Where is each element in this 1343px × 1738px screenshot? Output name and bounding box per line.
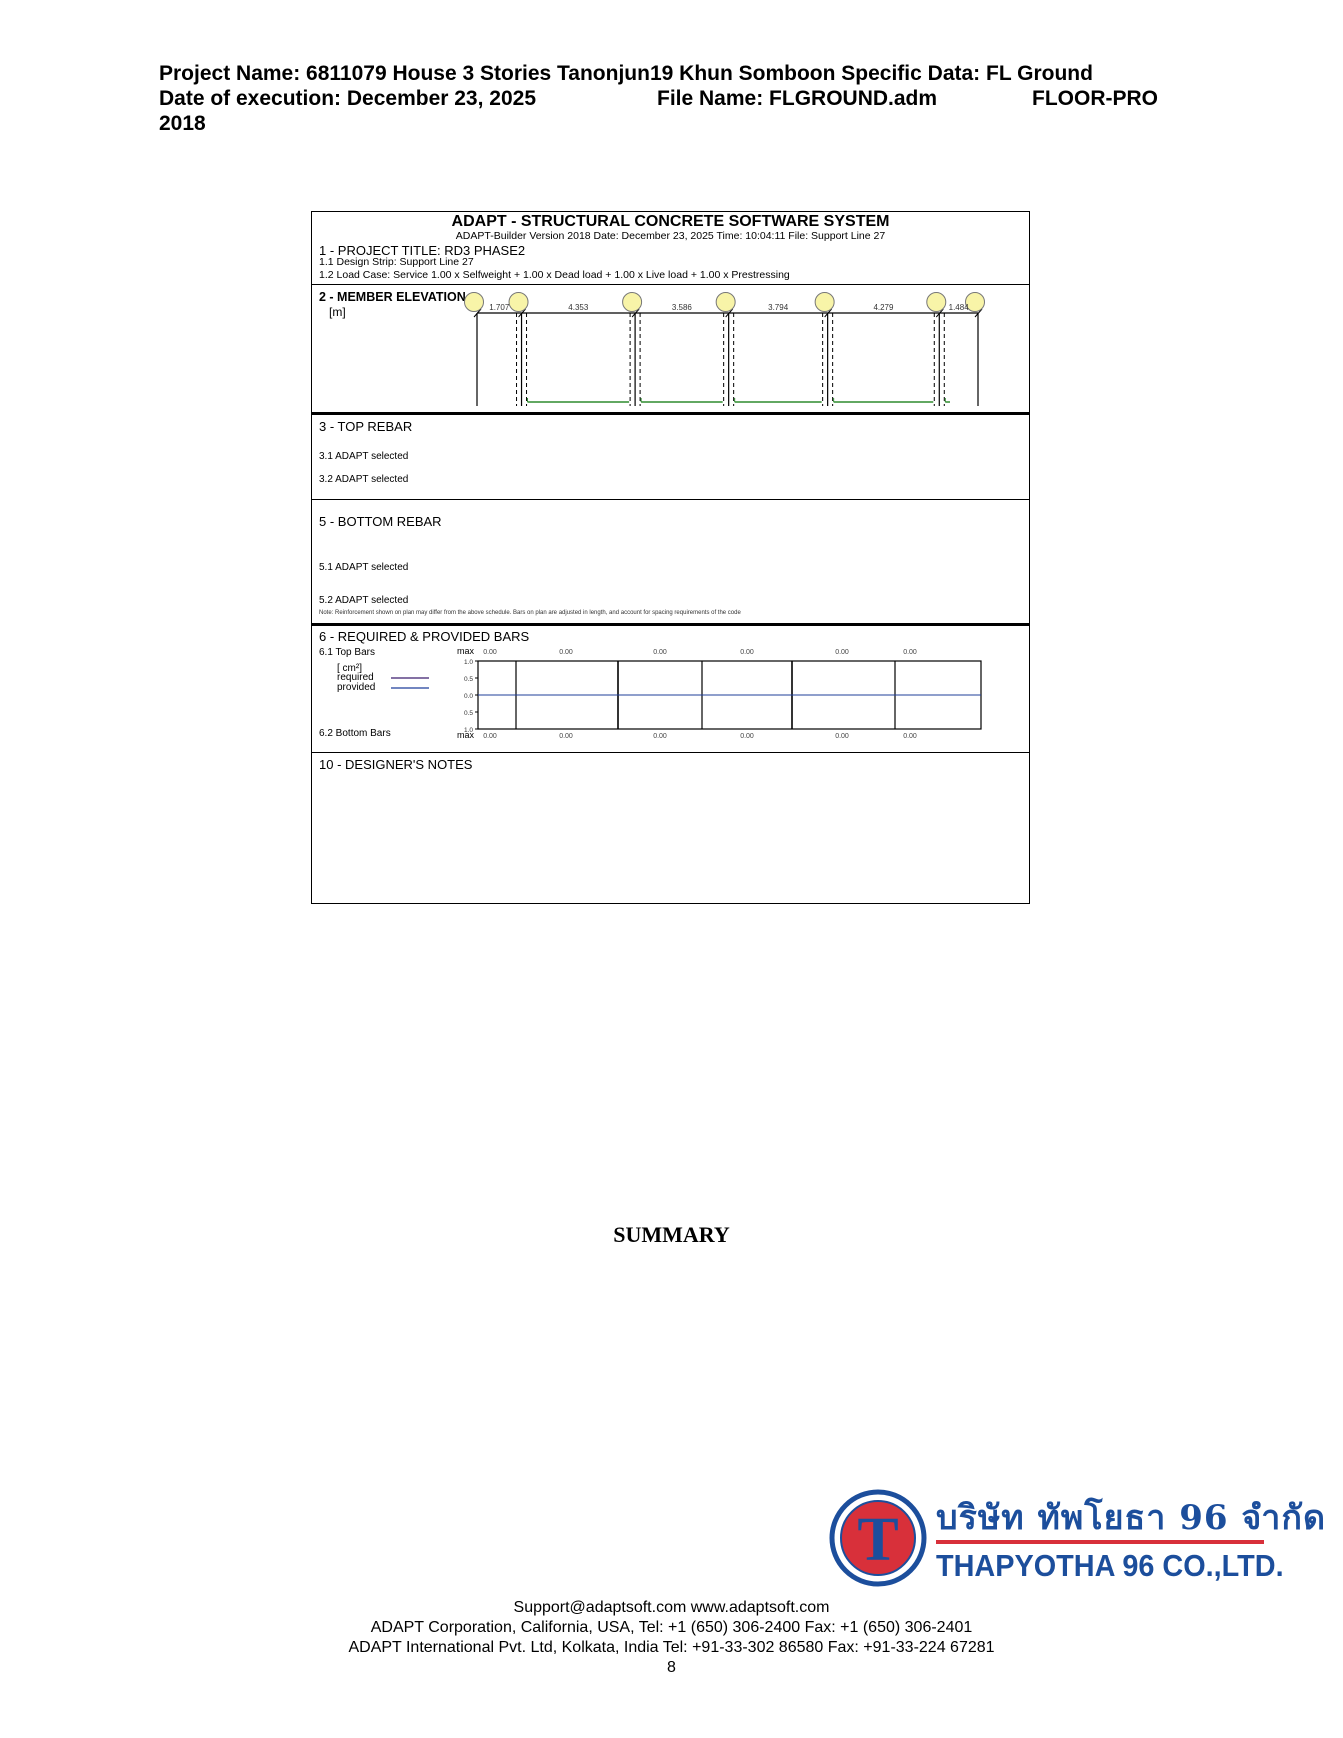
svg-text:0.00: 0.00: [559, 649, 573, 656]
svg-text:T: T: [857, 1506, 898, 1574]
project-name-line: Project Name: 6811079 House 3 Stories Ta…: [159, 62, 1093, 86]
adapt-report-box: ADAPT - STRUCTURAL CONCRETE SOFTWARE SYS…: [311, 211, 1030, 904]
company-logo: T บริษัท ทัพโยธา 96 จำกัด THAPYOTHA 96 C…: [828, 1482, 1268, 1597]
svg-text:0.00: 0.00: [653, 649, 667, 656]
logo-rule: [936, 1540, 1264, 1544]
summary-heading: SUMMARY: [0, 1222, 1343, 1248]
svg-text:0.00: 0.00: [835, 649, 849, 656]
svg-text:0.00: 0.00: [653, 733, 667, 740]
logo-english-name: THAPYOTHA 96 CO.,LTD.: [936, 1548, 1284, 1584]
footer-india: ADAPT International Pvt. Ltd, Kolkata, I…: [0, 1638, 1343, 1658]
file-name: File Name: FLGROUND.adm: [657, 87, 937, 111]
designers-notes-heading: 10 - DESIGNER'S NOTES: [319, 757, 472, 772]
svg-text:0.5: 0.5: [464, 676, 473, 683]
svg-text:0.00: 0.00: [835, 733, 849, 740]
svg-text:0.00: 0.00: [903, 733, 917, 740]
logo-thai-name: บริษัท ทัพโยธา 96 จำกัด: [936, 1490, 1326, 1544]
product-year: 2018: [159, 112, 206, 136]
svg-text:1.0: 1.0: [464, 659, 473, 666]
svg-text:0.00: 0.00: [559, 733, 573, 740]
svg-text:0.00: 0.00: [740, 733, 754, 740]
svg-text:0.00: 0.00: [740, 649, 754, 656]
svg-text:0.00: 0.00: [903, 649, 917, 656]
footer-usa: ADAPT Corporation, California, USA, Tel:…: [0, 1618, 1343, 1638]
svg-text:1.0: 1.0: [464, 727, 473, 734]
svg-text:0.00: 0.00: [483, 649, 497, 656]
svg-text:0.00: 0.00: [483, 733, 497, 740]
product-name: FLOOR-PRO: [1032, 87, 1158, 111]
required-provided-bars-chart: 1.00.50.00.51.00.000.000.000.000.000.000…: [312, 212, 1031, 905]
svg-text:0.0: 0.0: [464, 693, 473, 700]
page-number: 8: [0, 1658, 1343, 1678]
divider: [312, 752, 1029, 753]
logo-emblem-icon: T: [828, 1488, 928, 1588]
svg-text:0.5: 0.5: [464, 710, 473, 717]
execution-date: Date of execution: December 23, 2025: [159, 87, 536, 111]
footer-contact: Support@adaptsoft.com www.adaptsoft.com: [0, 1598, 1343, 1618]
